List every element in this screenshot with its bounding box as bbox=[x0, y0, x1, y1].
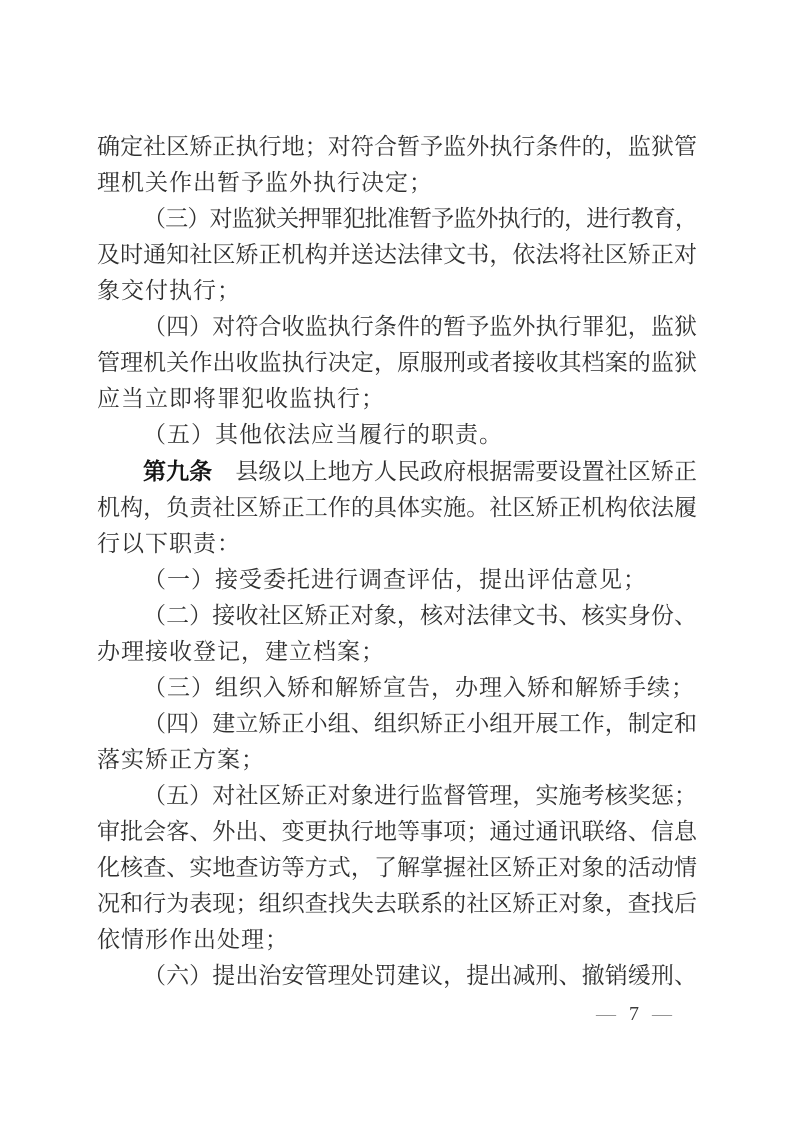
line-text: （三）组织入矫和解矫宣告，办理入矫和解矫手续； bbox=[143, 675, 695, 700]
text-line: （三）组织入矫和解矫宣告，办理入矫和解矫手续； bbox=[97, 670, 697, 706]
line-text: 审批会客、外出、变更执行地等事项；通过通讯联络、信息 bbox=[97, 819, 697, 844]
line-text: 理机关作出暂予监外执行决定； bbox=[97, 170, 433, 195]
text-line: 及时通知社区矫正机构并送达法律文书，依法将社区矫正对 bbox=[97, 237, 697, 273]
paragraph: （四）建立矫正小组、组织矫正小组开展工作，制定和落实矫正方案； bbox=[97, 706, 697, 778]
document-body: 确定社区矫正执行地；对符合暂予监外执行条件的，监狱管理机关作出暂予监外执行决定；… bbox=[97, 129, 697, 994]
line-text: 县级以上地方人民政府根据需要设置社区矫正 bbox=[212, 459, 697, 484]
text-line: 落实矫正方案； bbox=[97, 742, 697, 778]
line-text: 及时通知社区矫正机构并送达法律文书，依法将社区矫正对 bbox=[97, 242, 697, 267]
line-text: 落实矫正方案； bbox=[97, 747, 265, 772]
text-line: （二）接收社区矫正对象，核对法律文书、核实身份、 bbox=[97, 598, 697, 634]
line-text: 况和行为表现；组织查找失去联系的社区矫正对象，查找后 bbox=[97, 891, 697, 916]
footer-dash-right: — bbox=[652, 1003, 672, 1026]
text-line: 办理接收登记，建立档案； bbox=[97, 634, 697, 670]
text-line: 化核查、实地查访等方式，了解掌握社区矫正对象的活动情 bbox=[97, 850, 697, 886]
page-footer: — 7 — bbox=[596, 1003, 672, 1026]
text-line: 应当立即将罪犯收监执行； bbox=[97, 381, 697, 417]
text-line: （四）对符合收监执行条件的暂予监外执行罪犯，监狱 bbox=[97, 309, 697, 345]
line-text: 应当立即将罪犯收监执行； bbox=[97, 386, 385, 411]
text-line: 理机关作出暂予监外执行决定； bbox=[97, 165, 697, 201]
line-text: 行以下职责： bbox=[97, 531, 241, 556]
line-text: 管理机关作出收监执行决定，原服刑或者接收其档案的监狱 bbox=[97, 350, 697, 375]
paragraph: 确定社区矫正执行地；对符合暂予监外执行条件的，监狱管理机关作出暂予监外执行决定； bbox=[97, 129, 697, 201]
document-page: 确定社区矫正执行地；对符合暂予监外执行条件的，监狱管理机关作出暂予监外执行决定；… bbox=[0, 0, 793, 1122]
text-line: 行以下职责： bbox=[97, 526, 697, 562]
text-line: 机构，负责社区矫正工作的具体实施。社区矫正机构依法履 bbox=[97, 490, 697, 526]
line-text: （六）提出治安管理处罚建议，提出减刑、撤销缓刑、 bbox=[143, 963, 697, 988]
line-text: 确定社区矫正执行地；对符合暂予监外执行条件的，监狱管 bbox=[97, 134, 697, 159]
line-text: 依情形作出处理； bbox=[97, 927, 289, 952]
text-line: （五）其他依法应当履行的职责。 bbox=[97, 417, 697, 453]
paragraph: 第九条 县级以上地方人民政府根据需要设置社区矫正机构，负责社区矫正工作的具体实施… bbox=[97, 453, 697, 562]
text-line: （五）对社区矫正对象进行监督管理，实施考核奖惩； bbox=[97, 778, 697, 814]
text-line: 确定社区矫正执行地；对符合暂予监外执行条件的，监狱管 bbox=[97, 129, 697, 165]
text-line: （四）建立矫正小组、组织矫正小组开展工作，制定和 bbox=[97, 706, 697, 742]
paragraph: （三）组织入矫和解矫宣告，办理入矫和解矫手续； bbox=[97, 670, 697, 706]
line-text: 化核查、实地查访等方式，了解掌握社区矫正对象的活动情 bbox=[97, 855, 697, 880]
text-line: （一）接受委托进行调查评估，提出评估意见； bbox=[97, 562, 697, 598]
line-text: （三）对监狱关押罪犯批准暂予监外执行的，进行教育， bbox=[143, 206, 697, 231]
paragraph: （四）对符合收监执行条件的暂予监外执行罪犯，监狱管理机关作出收监执行决定，原服刑… bbox=[97, 309, 697, 417]
text-line: 况和行为表现；组织查找失去联系的社区矫正对象，查找后 bbox=[97, 886, 697, 922]
text-line: 依情形作出处理； bbox=[97, 922, 697, 958]
text-line: 管理机关作出收监执行决定，原服刑或者接收其档案的监狱 bbox=[97, 345, 697, 381]
line-text: （四）建立矫正小组、组织矫正小组开展工作，制定和 bbox=[143, 711, 697, 736]
paragraph: （五）对社区矫正对象进行监督管理，实施考核奖惩；审批会客、外出、变更执行地等事项… bbox=[97, 778, 697, 958]
text-line: 审批会客、外出、变更执行地等事项；通过通讯联络、信息 bbox=[97, 814, 697, 850]
line-text: （五）其他依法应当履行的职责。 bbox=[143, 422, 503, 447]
line-text: （一）接受委托进行调查评估，提出评估意见； bbox=[143, 567, 647, 592]
line-text: （二）接收社区矫正对象，核对法律文书、核实身份、 bbox=[143, 603, 697, 628]
text-line: 象交付执行； bbox=[97, 273, 697, 309]
paragraph: （一）接受委托进行调查评估，提出评估意见； bbox=[97, 562, 697, 598]
footer-dash-left: — bbox=[596, 1003, 616, 1026]
text-line: （六）提出治安管理处罚建议，提出减刑、撤销缓刑、 bbox=[97, 958, 697, 994]
paragraph: （六）提出治安管理处罚建议，提出减刑、撤销缓刑、 bbox=[97, 958, 697, 994]
line-text: （五）对社区矫正对象进行监督管理，实施考核奖惩； bbox=[143, 783, 697, 808]
line-text: 办理接收登记，建立档案； bbox=[97, 639, 385, 664]
paragraph: （三）对监狱关押罪犯批准暂予监外执行的，进行教育，及时通知社区矫正机构并送达法律… bbox=[97, 201, 697, 309]
paragraph: （二）接收社区矫正对象，核对法律文书、核实身份、办理接收登记，建立档案； bbox=[97, 598, 697, 670]
paragraph: （五）其他依法应当履行的职责。 bbox=[97, 417, 697, 453]
page-number: 7 bbox=[629, 1003, 639, 1026]
article-number: 第九条 bbox=[143, 458, 212, 484]
text-line: （三）对监狱关押罪犯批准暂予监外执行的，进行教育， bbox=[97, 201, 697, 237]
line-text: 象交付执行； bbox=[97, 278, 241, 303]
text-line: 第九条 县级以上地方人民政府根据需要设置社区矫正 bbox=[97, 453, 697, 490]
line-text: 机构，负责社区矫正工作的具体实施。社区矫正机构依法履 bbox=[97, 495, 697, 520]
line-text: （四）对符合收监执行条件的暂予监外执行罪犯，监狱 bbox=[143, 314, 697, 339]
